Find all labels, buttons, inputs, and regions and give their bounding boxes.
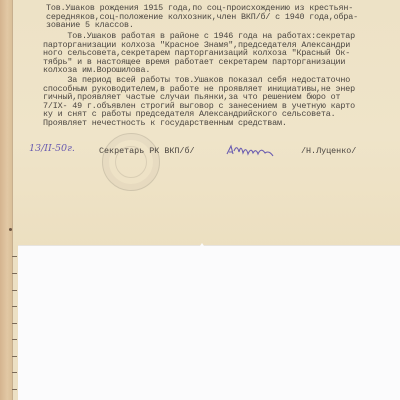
- signatory-name: /Н.Луценко/: [301, 146, 356, 156]
- binding-ticks: [12, 250, 18, 400]
- paragraph-assessment: За период всей работы тов.Ушаков показал…: [43, 76, 355, 128]
- binding-strip: [0, 0, 12, 400]
- text-line: зование 5 классов.: [46, 21, 358, 30]
- official-seal-icon: [102, 133, 160, 191]
- paragraph-work-history: Тов.Ушаков работая в районе с 1946 года …: [43, 32, 355, 75]
- bleed-through-text: [55, 248, 345, 348]
- handwritten-signature-icon: [225, 138, 285, 162]
- signatory-title: Секретарь РК ВКП/б/: [99, 146, 195, 156]
- scanned-document: Тов.Ушаков рождения 1915 года,по соц-про…: [0, 0, 400, 400]
- paragraph-biography: Тов.Ушаков рождения 1915 года,по соц-про…: [46, 4, 358, 30]
- text-line: Проявляет нечестность к государственным …: [43, 119, 355, 128]
- handwritten-date: 13/II-50г.: [29, 143, 75, 154]
- text-line: колхоза им.Ворошилова.: [43, 66, 355, 75]
- punch-hole: [9, 228, 12, 231]
